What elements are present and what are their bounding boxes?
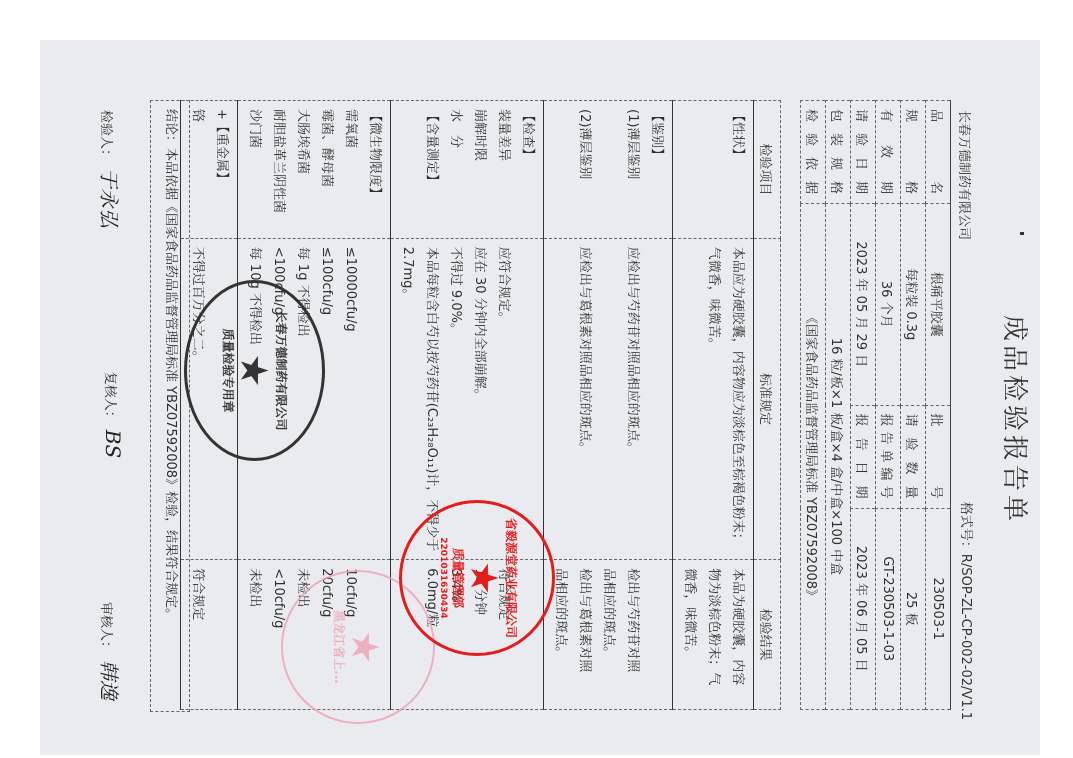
cell-line: 检出与芍药苷对照: [620, 568, 644, 701]
info-row: 有 效 期36 个月报告单编号GT-230503-1-03: [876, 101, 901, 710]
cell-line: [644, 247, 668, 552]
cell-line: 2.7mg。: [395, 247, 419, 552]
result-cell: 本品为硬胶囊，内容物为淡棕色粉末；气微香，味微苦。: [673, 560, 754, 710]
cell-line: [596, 109, 620, 230]
cell-line: 霉菌、酵母菌: [314, 109, 338, 230]
info-label: 请验数量: [901, 405, 926, 508]
report-title: 成品检验报告单: [998, 100, 1035, 740]
cell-line: 【微生物限度】: [362, 109, 386, 230]
conclusion-text: 结论：本品依据《国家食品药品监督管理局标准 YBZ07592008》检验，结果符…: [150, 100, 190, 712]
cell-line: 【性状】: [725, 109, 749, 230]
info-label: 包装规格: [826, 101, 851, 204]
reviewer-signature: 复核人：BS: [96, 372, 125, 458]
product-info-table: 品 名根痛平胶囊批 号230503-1规 格每粒装 0.3g请验数量25 板有 …: [800, 100, 951, 710]
red-quality-dept-stamp: 省毅源堂药业有限公司 ★ 质量管理部 2201031630434: [399, 500, 555, 656]
cell-line: 本品每粒含白芍以按芍药苷(C₂₃H₂₈O₁₁)计，不得少于: [419, 247, 443, 552]
info-label: 请验日期: [851, 101, 876, 204]
test-item-cell: 【微生物限度】需氧菌霉菌、酵母菌大肠埃希菌耐胆盐革兰阴性菌沙门菌: [238, 101, 391, 239]
test-item-cell: 【性状】: [673, 101, 754, 239]
cell-line: [209, 568, 233, 701]
info-value: 2023 年 06 月 05 日: [851, 508, 876, 710]
info-value: 根痛平胶囊: [926, 204, 951, 406]
cell-line: 沙门菌: [242, 109, 266, 230]
result-cell: 检出与芍药苷对照品相应的斑点。检出与葛根素对照品相应的斑点。: [544, 560, 673, 710]
cell-line: 应检出与芍药苷对照品相应的斑点。: [620, 247, 644, 552]
inspection-report-page: 成品检验报告单 长春万德制药有限公司 格式号：R/SOP-ZL-CP-002-0…: [75, 100, 1073, 740]
approver-signature-scrawl: 韩逸: [97, 660, 121, 700]
cell-line: 装量差异: [491, 109, 515, 230]
cell-line: [395, 109, 419, 230]
header-result: 检验结果: [754, 560, 781, 710]
cell-line: [515, 247, 539, 552]
cell-line: ≤10000cfu/g: [338, 247, 362, 552]
packaging-row: 包装规格16 粒/板×1 板/盒×4 盒/中盒×100 中盒: [826, 101, 851, 710]
info-value: 《国家食品药品监督管理局标准 YBZ07592008》: [801, 204, 826, 710]
cell-line: [362, 247, 386, 552]
cell-line: 检出与葛根素对照: [572, 568, 596, 701]
info-label: 批 号: [926, 405, 951, 508]
info-label: 品 名: [926, 101, 951, 204]
cell-line: 未检出: [242, 568, 266, 701]
info-row: 规 格每粒装 0.3g请验数量25 板: [901, 101, 926, 710]
info-row: 品 名根痛平胶囊批 号230503-1: [926, 101, 951, 710]
cell-line: (1)薄层鉴别: [620, 109, 644, 230]
cell-line: 本品为硬胶囊，内容: [725, 568, 749, 701]
info-value: 230503-1: [926, 508, 951, 710]
info-value: 2023 年 05 月 29 日: [851, 204, 876, 406]
cell-line: (2)薄层鉴别: [572, 109, 596, 230]
format-number: 格式号：R/SOP-ZL-CP-002-02/V1.1: [958, 502, 977, 720]
star-icon: ★: [236, 310, 274, 430]
cell-line: 物为淡棕色粉末；气: [701, 568, 725, 701]
standard-cell: 应检出与芍药苷对照品相应的斑点。 应检出与葛根素对照品相应的斑点。: [544, 238, 673, 560]
test-item-cell: 【检查】装量差异崩解时限水 分【含量测定】: [391, 101, 544, 239]
reviewer-signature-scrawl: BS: [101, 430, 125, 458]
info-row: 请验日期2023 年 05 月 29 日报告日期2023 年 06 月 05 日: [851, 101, 876, 710]
cell-line: 耐胆盐革兰阴性菌: [266, 109, 290, 230]
info-label: 规 格: [901, 101, 926, 204]
header-test-item: 检验项目: [754, 101, 781, 239]
star-icon: ★: [466, 518, 504, 638]
approver-signature: 审核人：韩逸: [96, 602, 125, 700]
cell-line: +【重金属】: [209, 109, 233, 230]
cell-line: 崩解时限: [467, 109, 491, 230]
cell-line: 应检出与葛根素对照品相应的斑点。: [572, 247, 596, 552]
cell-line: 【含量测定】: [419, 109, 443, 230]
info-label: 有 效 期: [876, 101, 901, 204]
cell-line: [596, 247, 620, 552]
result-section: 【鉴别】(1)薄层鉴别 (2)薄层鉴别 应检出与芍药苷对照品相应的斑点。 应检出…: [544, 101, 673, 710]
cell-line: 本品应为硬胶囊，内容物应为淡棕色至棕褐色粉末；: [725, 247, 749, 552]
company-name: 长春万德制药有限公司: [956, 110, 975, 240]
info-label: 报告日期: [851, 405, 876, 508]
info-value: 16 粒/板×1 板/盒×4 盒/中盒×100 中盒: [826, 204, 851, 710]
inspector-signature-scrawl: 于永弘: [97, 168, 121, 228]
info-label: 报告单编号: [876, 405, 901, 508]
basis-row: 检验依据《国家食品药品监督管理局标准 YBZ07592008》: [801, 101, 826, 710]
test-item-cell: 【鉴别】(1)薄层鉴别 (2)薄层鉴别: [544, 101, 673, 239]
info-value: GT-230503-1-03: [876, 508, 901, 710]
info-label: 检验依据: [801, 101, 826, 204]
quality-inspection-stamp: 长春万德制药有限公司 ★ 质量检验专用章: [184, 280, 325, 461]
info-value: 每粒装 0.3g: [901, 204, 926, 406]
cell-line: 需氧菌: [338, 109, 362, 230]
cell-line: 水 分: [443, 109, 467, 230]
info-value: 36 个月: [876, 204, 901, 406]
result-section: 【性状】本品应为硬胶囊，内容物应为淡棕色至棕褐色粉末；气微香，味微苦。本品为硬胶…: [673, 101, 754, 710]
signature-row: 检验人：于永弘 复核人：BS 审核人：韩逸: [96, 110, 125, 700]
inspector-signature: 检验人：于永弘: [96, 110, 125, 228]
scan-speck: [1020, 232, 1024, 235]
cell-line: 气微香，味微苦。: [701, 247, 725, 552]
star-icon: ★: [347, 610, 385, 684]
cell-line: [644, 568, 668, 701]
header-standard: 标准规定: [754, 238, 781, 560]
info-value: 25 板: [901, 508, 926, 710]
cell-line: 【检查】: [515, 109, 539, 230]
standard-cell: 本品应为硬胶囊，内容物应为淡棕色至棕褐色粉末；气微香，味微苦。: [673, 238, 754, 560]
cell-line: 【鉴别】: [644, 109, 668, 230]
cell-line: 大肠埃希菌: [290, 109, 314, 230]
cell-line: 微香，味微苦。: [677, 568, 701, 701]
cell-line: 品相应的斑点。: [596, 568, 620, 701]
